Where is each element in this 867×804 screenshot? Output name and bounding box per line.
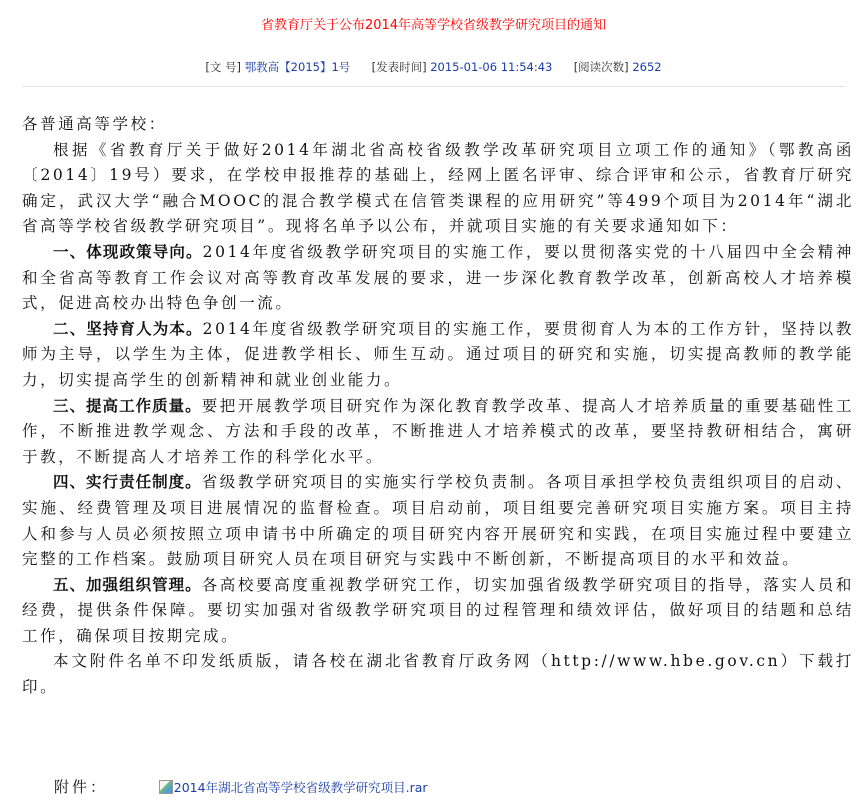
attachment-label: 附件： [54,776,154,798]
attachment-link[interactable]: 2014年湖北省高等学校省级教学研究项目.rar [159,780,428,795]
read-count-value: 2652 [632,60,661,74]
section-heading-1: 一、体现政策导向。 [53,243,203,261]
doc-number-value: 鄂教高【2015】1号 [245,60,351,74]
closing-paragraph: 本文附件名单不印发纸质版，请各校在湖北省教育厅政务网（http://www.hb… [22,649,854,700]
section-paragraph-3: 三、提高工作质量。要把开展教学项目研究作为深化教育教学改革、提高人才培养质量的重… [22,394,854,471]
section-paragraph-2: 二、坚持育人为本。2014年度省级教学研究项目的实施工作，要贯彻育人为本的工作方… [22,317,854,394]
read-count-label: [阅读次数] [574,60,629,74]
notice-body: 各普通高等学校： 根据《省教育厅关于做好2014年湖北省高校省级教学改革研究项目… [22,112,854,701]
section-paragraph-1: 一、体现政策导向。2014年度省级教学研究项目的实施工作，要以贯彻落实党的十八届… [22,240,854,317]
publish-time-label: [发表时间] [372,60,427,74]
section-paragraph-5: 五、加强组织管理。各高校要高度重视教学研究工作，切实加强省级教学研究项目的指导，… [22,573,854,650]
attachment-row: 附件： 2014年湖北省高等学校省级教学研究项目.rar [54,776,428,799]
salutation: 各普通高等学校： [22,112,854,138]
section-paragraph-4: 四、实行责任制度。省级教学研究项目的实施实行学校负责制。各项目承担学校负责组织项… [22,470,854,572]
section-heading-3: 三、提高工作质量。 [53,397,202,415]
section-heading-5: 五、加强组织管理。 [53,576,202,594]
intro-paragraph: 根据《省教育厅关于做好2014年湖北省高校省级教学改革研究项目立项工作的通知》（… [22,138,854,240]
notice-meta: [文 号] 鄂教高【2015】1号 [发表时间] 2015-01-06 11:5… [0,58,867,76]
broken-image-icon [159,780,173,794]
section-heading-2: 二、坚持育人为本。 [53,320,203,338]
notice-title: 省教育厅关于公布2014年高等学校省级教学研究项目的通知 [0,16,867,36]
attachment-file-name: 2014年湖北省高等学校省级教学研究项目.rar [174,780,428,795]
doc-number-label: [文 号] [205,60,241,74]
section-heading-4: 四、实行责任制度。 [53,473,202,491]
header-divider [22,86,845,87]
publish-time-value: 2015-01-06 11:54:43 [430,60,552,74]
